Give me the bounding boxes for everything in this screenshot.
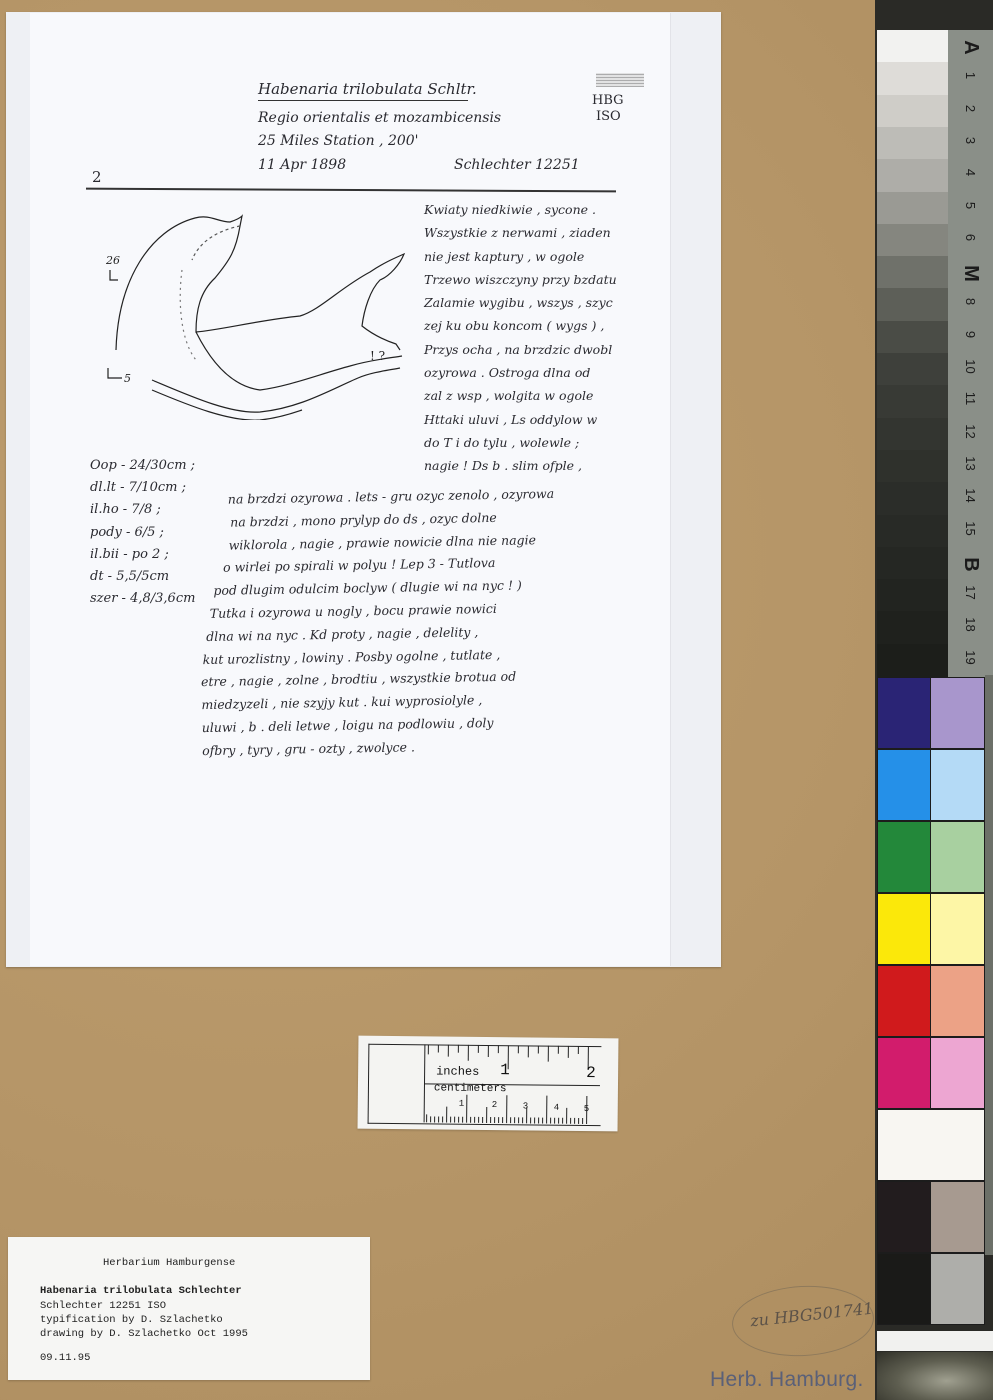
color-patch-green-dark bbox=[877, 821, 931, 893]
note-line: nagie ! Ds b . slim ofple , bbox=[424, 454, 617, 477]
ruler-inch-mark-1: 1 bbox=[500, 1061, 510, 1079]
label-date: 09.11.95 bbox=[40, 1352, 90, 1364]
note-line: Trzewo wiszczyny przy bzdatu bbox=[424, 268, 617, 291]
note-line: Httaki uluvi , Ls oddylow w bbox=[424, 408, 617, 431]
gray-step bbox=[877, 450, 948, 483]
gray-step bbox=[877, 385, 948, 418]
gray-step bbox=[877, 579, 948, 612]
gray-step bbox=[877, 482, 948, 515]
gray-step bbox=[877, 127, 948, 160]
color-patch-magenta-light bbox=[930, 1037, 985, 1109]
svg-text:26: 26 bbox=[105, 254, 120, 267]
color-patch-cyan-dark bbox=[877, 749, 931, 821]
collection-date: 11 Apr 1898 bbox=[258, 157, 346, 173]
color-patch--color-dark bbox=[877, 1181, 931, 1253]
gray-step bbox=[877, 611, 948, 644]
note-line: zej ku obu koncom ( wygs ) , bbox=[424, 314, 617, 337]
note-line: nie jest kaptury , w ogole bbox=[424, 245, 617, 268]
herbarium-stamp: Herb. Hamburg. bbox=[710, 1368, 864, 1392]
gray-step bbox=[877, 321, 948, 354]
gray-step bbox=[877, 353, 948, 386]
gray-step bbox=[877, 224, 948, 257]
note-line: do T i do tylu , wolewle ; bbox=[424, 431, 617, 454]
measurement-line: dt - 5,5/5cm bbox=[90, 566, 195, 588]
gray-step bbox=[877, 418, 948, 451]
color-patch-red-light bbox=[930, 965, 985, 1037]
color-patch-red-dark bbox=[877, 965, 931, 1037]
gray-step bbox=[877, 644, 948, 677]
ruler-cm-mark: 3 bbox=[523, 1101, 529, 1111]
herbarium-code: HBG bbox=[592, 93, 624, 108]
color-patch--color-light bbox=[930, 1181, 985, 1253]
label-typification: typification by D. Szlachetko bbox=[40, 1314, 223, 1326]
note-line: Przys ocha , na brzdzic dwobl bbox=[424, 338, 617, 361]
measurement-line: szer - 4,8/3,6cm bbox=[90, 588, 195, 610]
svg-text:! ?: ! ? bbox=[370, 349, 385, 363]
color-patch-yellow-light bbox=[930, 893, 985, 965]
ruler-inches-label: inches bbox=[436, 1064, 479, 1078]
gray-step bbox=[877, 62, 948, 95]
note-line: ozyrowa . Ostroga dlna od bbox=[424, 361, 617, 384]
label-specimen: Schlechter 12251 ISO bbox=[40, 1300, 166, 1312]
color-patch-green-light bbox=[930, 821, 985, 893]
gray-step bbox=[877, 95, 948, 128]
gray-step bbox=[877, 547, 948, 580]
svg-text:5: 5 bbox=[124, 372, 131, 385]
chart-bottom-shadow bbox=[877, 1352, 993, 1400]
flower-drawing: 26 5 ! ? bbox=[100, 200, 420, 420]
color-patch-white bbox=[877, 1109, 985, 1181]
gray-step bbox=[877, 256, 948, 289]
locality-line-2: 25 Miles Station , 200' bbox=[258, 133, 419, 149]
label-drawing-credit: drawing by D. Szlachetko Oct 1995 bbox=[40, 1328, 248, 1340]
color-patch-cyan-light bbox=[930, 749, 985, 821]
ruler-cm-label: centimeters bbox=[434, 1082, 507, 1095]
notes-body: na brzdzi ozyrowa . lets - gru ozyc zeno… bbox=[198, 483, 559, 763]
gray-step bbox=[877, 30, 948, 63]
note-line: Zalamie wygibu , wszys , szyc bbox=[424, 291, 617, 314]
label-institution: Herbarium Hamburgense bbox=[103, 1257, 235, 1269]
color-name-band bbox=[985, 675, 993, 1255]
taxon-underline bbox=[258, 100, 468, 101]
gray-step bbox=[877, 192, 948, 225]
label-taxon: Habenaria trilobulata Schlechter bbox=[40, 1285, 242, 1297]
measurement-line: pody - 6/5 ; bbox=[90, 522, 195, 544]
measurement-line: il.ho - 7/8 ; bbox=[90, 499, 195, 521]
chart-white-strip bbox=[877, 1331, 993, 1351]
herbarium-label: Herbarium Hamburgense Habenaria trilobul… bbox=[8, 1237, 370, 1380]
color-patch-black-dark bbox=[877, 1253, 931, 1325]
gray-step bbox=[877, 288, 948, 321]
printed-stamp-mini bbox=[596, 73, 644, 87]
color-patch-blue-dark bbox=[877, 677, 931, 749]
color-patch-yellow-dark bbox=[877, 893, 931, 965]
scale-ruler: inches 1 2 centimeters 1 2 3 4 5 bbox=[358, 1036, 619, 1132]
ruler-cm-mark: 5 bbox=[584, 1104, 590, 1114]
note-line: Wszystkie z nerwami , ziaden bbox=[424, 221, 617, 244]
measurements-column: Oop - 24/30cm ; dl.lt - 7/10cm ; il.ho -… bbox=[90, 455, 195, 610]
gray-step-label: 19 bbox=[963, 635, 978, 680]
color-patch-blue-light bbox=[930, 677, 985, 749]
gray-step bbox=[877, 515, 948, 548]
locality-line-1: Regio orientalis et mozambicensis bbox=[258, 110, 501, 126]
ruler-inch-mark-2: 2 bbox=[586, 1064, 596, 1082]
note-line: zal z wsp , wolgita w ogole bbox=[424, 384, 617, 407]
taxon-heading: Habenaria trilobulata Schltr. bbox=[258, 80, 477, 98]
collector-number: Schlechter 12251 bbox=[454, 157, 580, 173]
notes-right-column: Kwiaty niedkiwie , sycone . Wszystkie z … bbox=[424, 198, 617, 478]
ruler-cm-mark: 2 bbox=[492, 1100, 498, 1110]
measurement-line: Oop - 24/30cm ; bbox=[90, 455, 195, 477]
measurement-line: dl.lt - 7/10cm ; bbox=[90, 477, 195, 499]
note-line: Kwiaty niedkiwie , sycone . bbox=[424, 198, 617, 221]
measurement-line: il.bii - po 2 ; bbox=[90, 544, 195, 566]
gray-step bbox=[877, 159, 948, 192]
ruler-cm-mark: 1 bbox=[459, 1099, 465, 1109]
color-patch-magenta-dark bbox=[877, 1037, 931, 1109]
color-patch-black-light bbox=[930, 1253, 985, 1325]
type-status: ISO bbox=[596, 109, 621, 124]
ruler-cm-mark: 4 bbox=[554, 1103, 560, 1113]
sheet-number: 2 bbox=[92, 168, 102, 186]
